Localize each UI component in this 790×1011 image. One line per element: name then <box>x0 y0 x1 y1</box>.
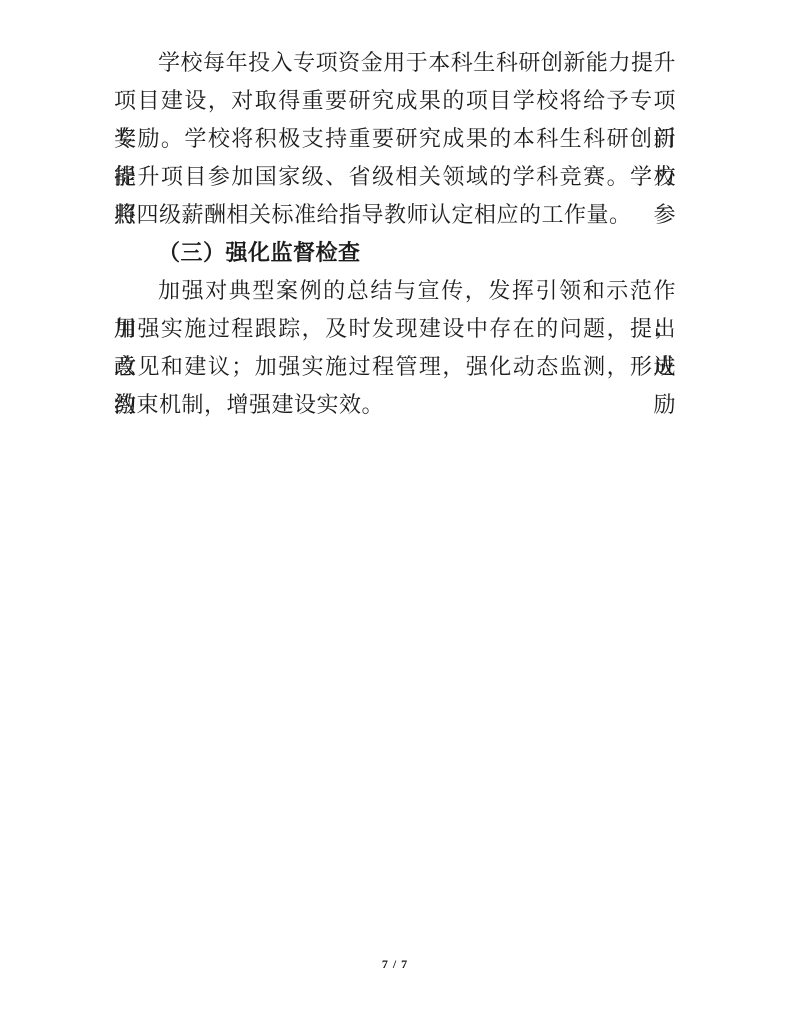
paragraph2-line-3: 意见和建议；加强实施过程管理，强化动态监测，形成激励 <box>114 348 676 386</box>
paragraph1-line-5: 照四级薪酬相关标准给指导教师认定相应的工作量。 <box>114 196 676 234</box>
section-heading: （三）强化监督检查 <box>114 234 676 272</box>
paragraph1-line-2: 项目建设，对取得重要研究成果的项目学校将给予专项专门 <box>114 82 676 120</box>
page-number: 7 / 7 <box>0 957 790 972</box>
document-body: 学校每年投入专项资金用于本科生科研创新能力提升 项目建设，对取得重要研究成果的项… <box>114 44 676 424</box>
paragraph2-line-2: 加强实施过程跟踪，及时发现建设中存在的问题，提出改进 <box>114 310 676 348</box>
paragraph1-line-4: 提升项目参加国家级、省级相关领域的学科竞赛。学校将参 <box>114 158 676 196</box>
document-page: 学校每年投入专项资金用于本科生科研创新能力提升 项目建设，对取得重要研究成果的项… <box>0 0 790 1011</box>
paragraph2-line-1: 加强对典型案例的总结与宣传，发挥引领和示范作用； <box>114 272 676 310</box>
paragraph1-line-3: 奖励。学校将积极支持重要研究成果的本科生科研创新能力 <box>114 120 676 158</box>
paragraph1-line-1: 学校每年投入专项资金用于本科生科研创新能力提升 <box>114 44 676 82</box>
